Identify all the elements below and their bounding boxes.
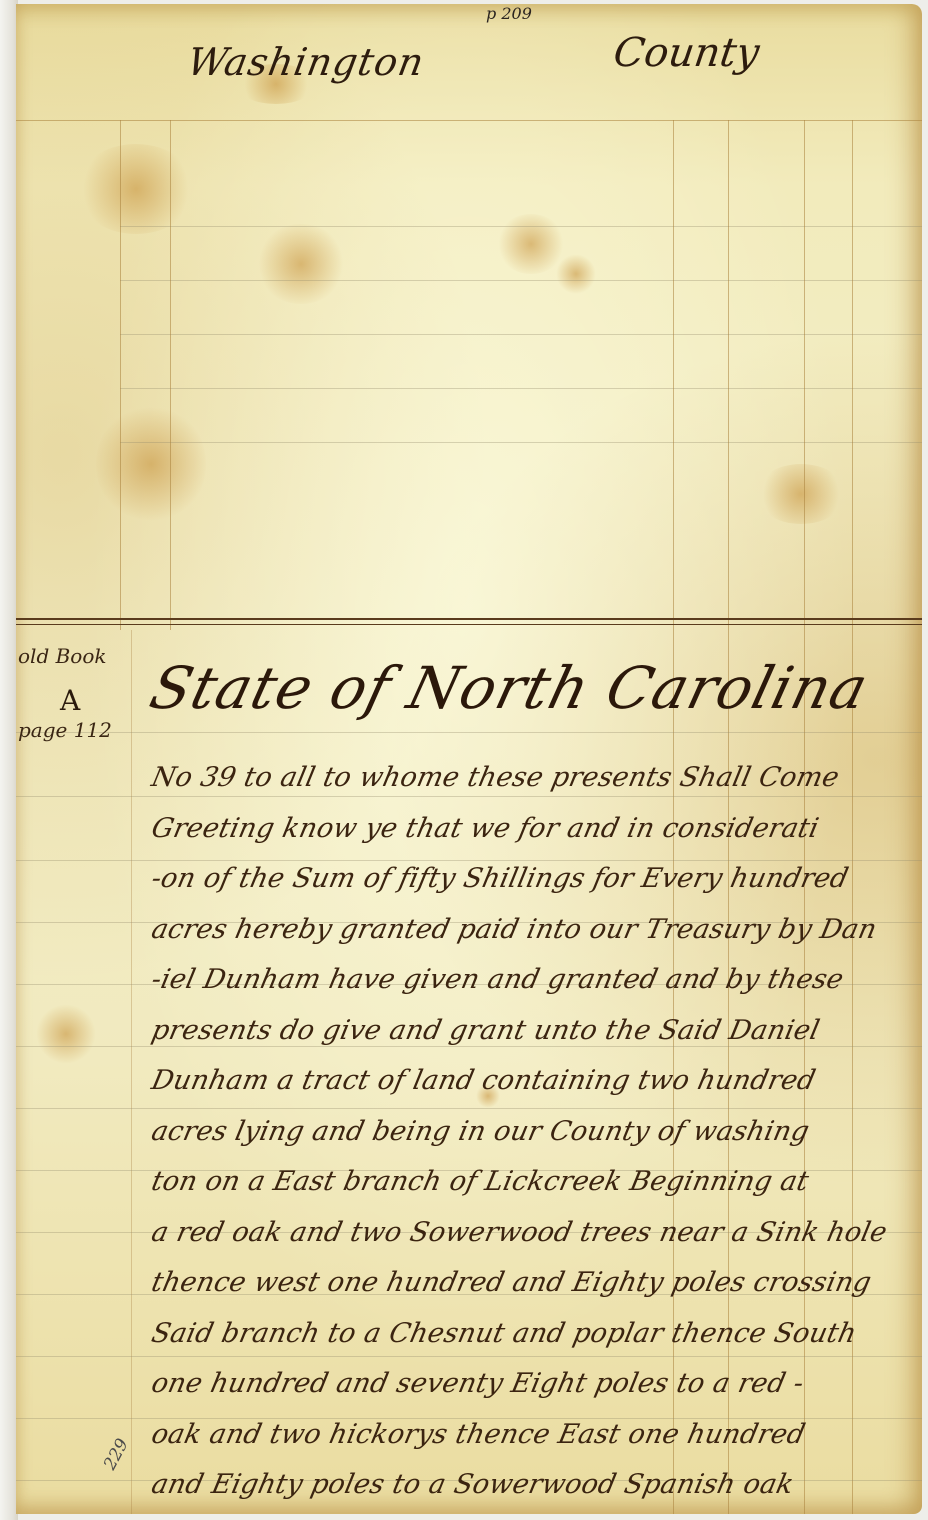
margin-page: page 112 xyxy=(18,718,112,742)
margin-old-book: old Book xyxy=(18,644,107,668)
body-line: -iel Dunham have given and granted and b… xyxy=(149,964,847,995)
body-line: acres hereby granted paid into our Treas… xyxy=(149,914,880,945)
top-rule xyxy=(16,120,922,121)
column-guide xyxy=(170,120,171,630)
section-divider xyxy=(16,618,922,620)
page-reference: p 209 xyxy=(486,4,532,23)
body-line: ton on a East branch of Lickcreek Beginn… xyxy=(149,1166,812,1197)
ruled-line xyxy=(16,1108,922,1109)
body-line: Greeting know ye that we for and in cons… xyxy=(149,813,822,844)
ruled-line xyxy=(16,796,922,797)
document-title: State of North Carolina xyxy=(144,654,876,722)
body-line: thence west one hundred and Eighty poles… xyxy=(149,1267,874,1298)
body-line: acres lying and being in our County of w… xyxy=(149,1116,812,1147)
body-line: Said branch to a Chesnut and poplar then… xyxy=(149,1318,860,1349)
body-line: No 39 to all to whome these presents Sha… xyxy=(149,762,842,793)
ruled-line xyxy=(16,860,922,861)
ruled-line xyxy=(16,1418,922,1419)
body-line: Dunham a tract of land containing two hu… xyxy=(149,1065,819,1096)
ruled-line xyxy=(16,1046,922,1047)
stain xyxy=(36,1004,96,1064)
stain xyxy=(756,464,846,524)
stain xyxy=(96,404,206,524)
ruled-line xyxy=(120,334,922,335)
column-guide xyxy=(120,120,121,630)
margin-book-letter: A xyxy=(60,684,80,717)
stain xyxy=(76,144,196,234)
body-line: presents do give and grant unto the Said… xyxy=(149,1015,823,1046)
county-label: County xyxy=(611,30,762,76)
body-line: a red oak and two Sowerwood trees near a… xyxy=(149,1217,890,1248)
column-guide xyxy=(852,120,853,1514)
body-line: -on of the Sum of fifty Shillings for Ev… xyxy=(149,863,852,894)
stain xyxy=(256,224,346,304)
ruled-line xyxy=(16,1480,922,1481)
stain xyxy=(556,254,596,294)
ruled-line xyxy=(120,280,922,281)
ruled-line xyxy=(120,442,922,443)
ruled-line xyxy=(120,226,922,227)
county-name: Washington xyxy=(184,40,428,84)
stain xyxy=(496,214,566,274)
ruled-line xyxy=(16,1356,922,1357)
corner-number: 229 xyxy=(100,1435,133,1473)
section-divider xyxy=(16,624,922,625)
ruled-line xyxy=(120,388,922,389)
manuscript-page: p 209 Washington County old Book A page … xyxy=(16,4,922,1514)
margin-guide xyxy=(131,630,132,1514)
ruled-line xyxy=(16,732,922,733)
